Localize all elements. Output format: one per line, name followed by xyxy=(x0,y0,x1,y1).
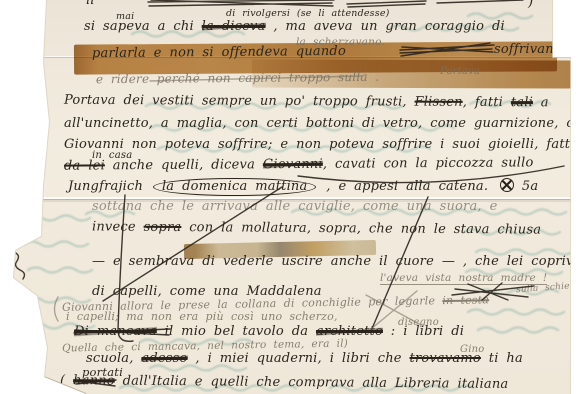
text-segment: parlarla e non si offendeva quando xyxy=(92,44,346,61)
text-segment: Giovanni non poteva soffrire; e non pote… xyxy=(64,137,575,152)
circled-phrase: la domenica mattina xyxy=(153,178,317,196)
manuscript-paper: il)maidi rivolgersi (se li attendesse)si… xyxy=(0,0,588,394)
text-segment: con la mollatura, sopra, che non le stav… xyxy=(181,220,541,238)
text-segment: anche quelli, diceva xyxy=(105,157,263,173)
text-segment: ( xyxy=(60,373,73,388)
deletion-symbol-icon xyxy=(500,178,514,192)
text-segment: Jungfrajich xyxy=(68,179,151,194)
struck-text: trovavamo xyxy=(410,351,481,366)
text-segment: all'uncinetto, a maglia, con certi botto… xyxy=(64,116,588,131)
text-segment: dall'Italia e quelli che comprava alla L… xyxy=(115,374,509,392)
manuscript-line: da lei anche quelli, diceva Giovanni, ca… xyxy=(64,156,534,174)
text-segment: : i libri di xyxy=(383,324,464,339)
underlined-note: l'aveva vista nostra madre ! xyxy=(380,272,547,285)
manuscript-line: Giovanni non poteva soffrire; e non pote… xyxy=(64,138,575,153)
manuscript-line: ( hanno dall'Italia e quelli che comprav… xyxy=(60,374,509,393)
manuscript-line: invece sopra con la mollatura, sopra, ch… xyxy=(92,220,541,238)
text-segment: il xyxy=(86,0,95,8)
struck-text: sopra xyxy=(144,220,182,235)
text-segment: scuola, xyxy=(86,351,141,366)
struck-text: da lei xyxy=(64,158,105,173)
text-segment: soffrivano xyxy=(494,42,562,57)
text-segment: — e sembrava di vederle uscire anche il … xyxy=(92,254,582,269)
text-segment: e ridere perché non capirci troppo sulla… xyxy=(96,70,379,86)
text-segment: , i miei quaderni, i libri che xyxy=(188,351,410,366)
struck-text: tali xyxy=(511,95,533,110)
struck-text: adesso xyxy=(141,351,187,366)
text-segment: di rivolgersi (se li attendesse) xyxy=(226,8,390,19)
text-segment: , cavati con la piccozza sullo xyxy=(323,155,534,171)
manuscript-line: il xyxy=(86,0,95,9)
manuscript-line: Di mancava il mio bel tavolo da architet… xyxy=(74,325,464,340)
manuscript-line: l'aveva vista nostra madre ! xyxy=(380,272,547,284)
page-background: { "document": { "type": "scanned handwri… xyxy=(0,0,588,394)
text-segment: a xyxy=(533,95,549,110)
manuscript-line: soffrivano xyxy=(494,43,562,58)
manuscript-line: all'uncinetto, a maglia, con certi botto… xyxy=(64,117,588,132)
text-segment: invece xyxy=(92,219,144,234)
manuscript-line: — e sembrava di vederle uscire anche il … xyxy=(92,255,582,270)
manuscript-line: Portava xyxy=(440,66,480,78)
manuscript-line: Jungfrajich la domenica mattina , e appe… xyxy=(68,178,538,196)
struck-text: architetto xyxy=(316,324,383,339)
text-segment: , e appesi alla catena. xyxy=(318,179,496,194)
manuscript-line: parlarla e non si offendeva quando xyxy=(92,45,346,62)
text-segment: Portava xyxy=(440,66,480,77)
struck-text: Flissen xyxy=(415,95,463,110)
text-segment: il mio bel tavolo da xyxy=(157,324,316,339)
manuscript-line: si sapeva a chi la diceva , ma aveva un … xyxy=(84,20,505,35)
manuscript-line: ) xyxy=(528,0,533,11)
manuscript-line: sottana che le arrivava alle caviglie, c… xyxy=(92,200,497,215)
text-segment: ti ha xyxy=(481,351,523,366)
text-segment: sottana che le arrivava alle caviglie, c… xyxy=(92,199,497,214)
manuscript-line: Portava dei vestiti sempre un po' troppo… xyxy=(64,94,549,111)
text-segment: 5a xyxy=(514,179,538,194)
text-segment: , fatti xyxy=(463,95,511,110)
text-segment: , ma aveva un gran coraggio di xyxy=(266,19,505,34)
text-segment: si sapeva a chi xyxy=(84,19,202,34)
text-segment: i capelli; ma non era più così uno scher… xyxy=(66,310,338,323)
ink-layer: il)maidi rivolgersi (se li attendesse)si… xyxy=(0,0,588,394)
text-segment: ) xyxy=(528,0,533,10)
struck-text: in testa xyxy=(442,293,489,307)
manuscript-line: e ridere perché non capirci troppo sulla… xyxy=(96,71,379,87)
text-segment: Portava dei vestiti sempre un po' troppo… xyxy=(64,93,415,110)
struck-text: la diceva xyxy=(202,19,266,34)
struck-text: Giovanni xyxy=(263,157,323,172)
manuscript-line: i capelli; ma non era più così uno scher… xyxy=(66,311,338,324)
manuscript-line: scuola, adesso , i miei quaderni, i libr… xyxy=(86,352,523,367)
struck-text: Di mancava xyxy=(74,324,157,339)
struck-text: hanno xyxy=(73,373,115,388)
